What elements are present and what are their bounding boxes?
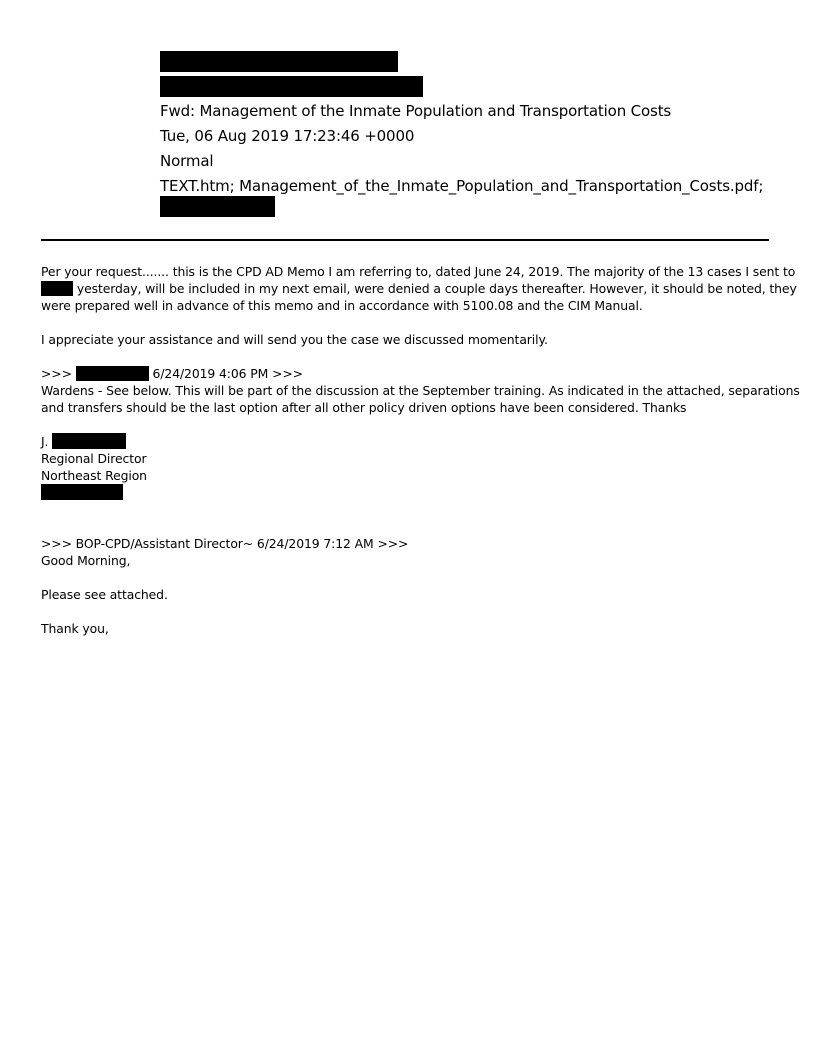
redaction-block xyxy=(52,433,126,449)
forward1-line2: and transfers should be the last option … xyxy=(41,399,781,416)
forward2-greeting: Good Morning, xyxy=(41,552,781,569)
forward1-timestamp: 6/24/2019 4:06 PM >>> xyxy=(153,366,303,381)
importance-value: Normal xyxy=(160,150,213,172)
body-p1-line1: Per your request....... this is the CPD … xyxy=(41,263,781,280)
attachment-redacted xyxy=(160,196,275,217)
forward2-message: Please see attached. xyxy=(41,586,781,603)
header-divider xyxy=(41,239,769,241)
date-value: Tue, 06 Aug 2019 17:23:46 +0000 xyxy=(160,125,414,147)
redaction-block xyxy=(160,76,423,97)
body-p1-line3: were prepared well in advance of this me… xyxy=(41,297,781,314)
signature-region: Northeast Region xyxy=(41,467,781,484)
body-p1-line2-text: yesterday, will be included in my next e… xyxy=(73,281,797,296)
forward1-prefix: >>> xyxy=(41,366,72,381)
signature-initial: J. xyxy=(41,434,48,449)
redaction-block xyxy=(160,51,398,72)
forward1-header: >>> 6/24/2019 4:06 PM >>> xyxy=(41,365,781,382)
from-value-redacted xyxy=(160,50,398,72)
to-value-redacted xyxy=(160,75,423,97)
body-p2: I appreciate your assistance and will se… xyxy=(41,331,781,348)
signature-title: Regional Director xyxy=(41,450,781,467)
email-body: Per your request....... this is the CPD … xyxy=(41,263,781,637)
signature-redacted xyxy=(41,484,781,501)
body-p1-line2: yesterday, will be included in my next e… xyxy=(41,280,781,297)
subject-value: Fwd: Management of the Inmate Population… xyxy=(160,100,671,122)
forward2-closing: Thank you, xyxy=(41,620,781,637)
redaction-block xyxy=(41,484,123,500)
forward1-line1: Wardens - See below. This will be part o… xyxy=(41,382,781,399)
redaction-block xyxy=(41,281,73,296)
attachments-value[interactable]: TEXT.htm; Management_of_the_Inmate_Popul… xyxy=(160,175,763,197)
signature-name: J. xyxy=(41,433,781,450)
forward2-header: >>> BOP-CPD/Assistant Director~ 6/24/201… xyxy=(41,535,781,552)
redaction-block xyxy=(76,366,149,381)
